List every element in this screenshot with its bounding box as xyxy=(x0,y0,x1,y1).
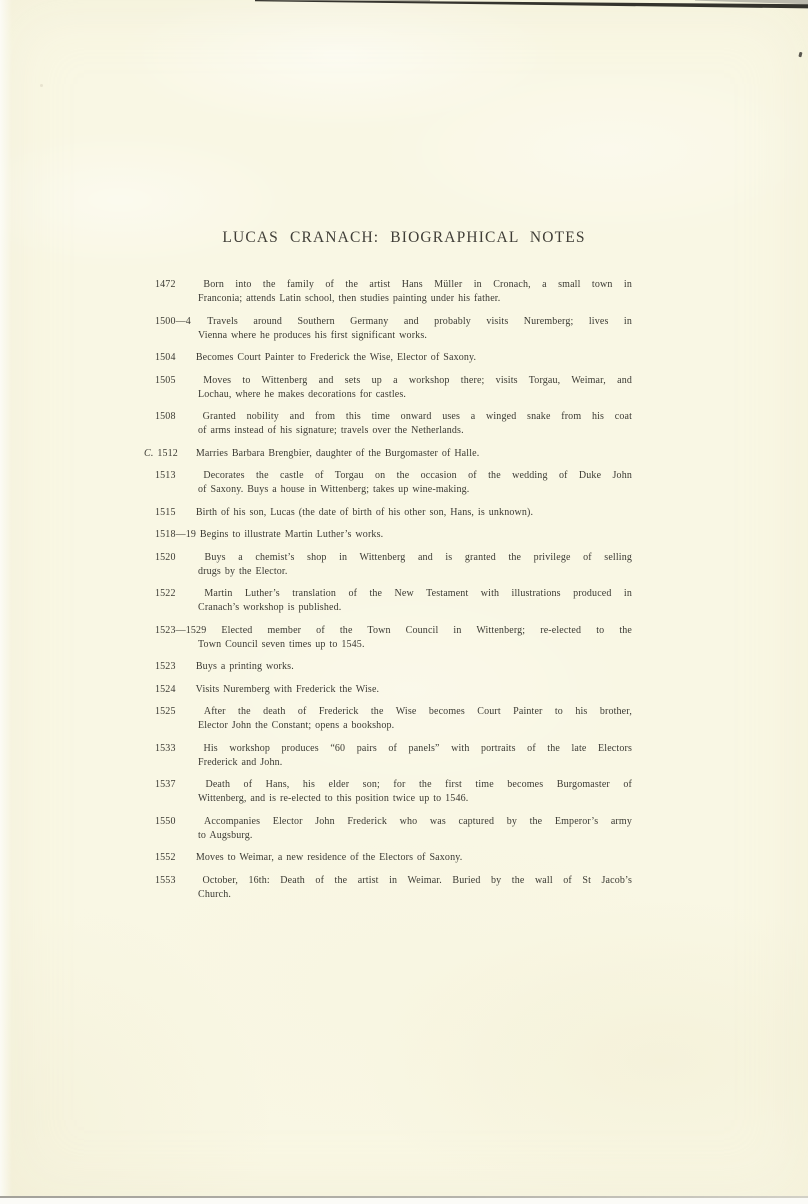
top-scan-edge xyxy=(0,0,808,12)
biography-entry: 1520 Buys a chemist’s shop in Wittenberg… xyxy=(155,551,632,579)
entry-line: Wittenberg, and is re-elected to this po… xyxy=(155,792,632,806)
entry-line: Lochau, where he makes decorations for c… xyxy=(155,388,632,402)
entry-year: 1537 xyxy=(155,778,192,792)
entry-year: 1550 xyxy=(155,815,192,829)
entries-list: 1472 Born into the family of the artist … xyxy=(155,278,632,910)
biography-entry: 1524 Visits Nuremberg with Frederick the… xyxy=(155,683,632,697)
entry-line: Frederick and John. xyxy=(155,756,632,770)
entry-line: 1513 Decorates the castle of Torgau on t… xyxy=(155,469,632,483)
entry-line: Town Council seven times up to 1545. xyxy=(155,638,632,652)
entry-year: 1522 xyxy=(155,587,192,601)
entry-line: Franconia; attends Latin school, then st… xyxy=(155,292,632,306)
biography-entry: 1533 His workshop produces “60 pairs of … xyxy=(155,742,632,770)
entry-line: 1524 Visits Nuremberg with Frederick the… xyxy=(155,683,632,697)
entry-year: 1504 xyxy=(155,351,192,365)
entry-line: 1522 Martin Luther’s translation of the … xyxy=(155,587,632,601)
entry-line: drugs by the Elector. xyxy=(155,565,632,579)
entry-year: 1500—4 xyxy=(155,315,192,329)
scanned-book-page: LUCAS CRANACH: BIOGRAPHICAL NOTES 1472 B… xyxy=(0,0,808,1204)
biography-entry: 1522 Martin Luther’s translation of the … xyxy=(155,587,632,615)
biography-entry: 1552 Moves to Weimar, a new residence of… xyxy=(155,851,632,865)
entry-year: 1513 xyxy=(155,469,192,483)
biography-entry: 1525 After the death of Frederick the Wi… xyxy=(155,705,632,733)
entry-line: 1472 Born into the family of the artist … xyxy=(155,278,632,292)
entry-line: Vienna where he produces his first signi… xyxy=(155,329,632,343)
biography-entry: 1513 Decorates the castle of Torgau on t… xyxy=(155,469,632,497)
biography-entry: 1472 Born into the family of the artist … xyxy=(155,278,632,306)
entry-line: 1500—4 Travels around Southern Germany a… xyxy=(155,315,632,329)
entry-line: 1518—19 Begins to illustrate Martin Luth… xyxy=(155,528,632,542)
biography-entry: 1508 Granted nobility and from this time… xyxy=(155,410,632,438)
entry-year: 1515 xyxy=(155,506,192,520)
entry-year: 1508 xyxy=(155,410,192,424)
entry-line: Cranach’s workshop is published. xyxy=(155,601,632,615)
entry-line: 1550 Accompanies Elector John Frederick … xyxy=(155,815,632,829)
biography-entry: 1500—4 Travels around Southern Germany a… xyxy=(155,315,632,343)
entry-line: 1552 Moves to Weimar, a new residence of… xyxy=(155,851,632,865)
page-title: LUCAS CRANACH: BIOGRAPHICAL NOTES xyxy=(0,228,808,248)
entry-line: 1504 Becomes Court Painter to Frederick … xyxy=(155,351,632,365)
biography-entry: 1537 Death of Hans, his elder son; for t… xyxy=(155,778,632,806)
left-scan-edge xyxy=(0,0,12,1204)
paper-speck xyxy=(798,52,802,57)
entry-line: 1525 After the death of Frederick the Wi… xyxy=(155,705,632,719)
entry-year: 1524 xyxy=(155,683,192,697)
entry-year: 1533 xyxy=(155,742,192,756)
biography-entry: 1523—1529 Elected member of the Town Cou… xyxy=(155,624,632,652)
entry-year: 1553 xyxy=(155,874,192,888)
entry-year: 1552 xyxy=(155,851,192,865)
entry-line: 1537 Death of Hans, his elder son; for t… xyxy=(155,778,632,792)
biography-entry: 1523 Buys a printing works. xyxy=(155,660,632,674)
entry-line: 1523—1529 Elected member of the Town Cou… xyxy=(155,624,632,638)
entry-year: 1523 xyxy=(155,660,192,674)
entry-year: 1505 xyxy=(155,374,192,388)
entry-line: 1523 Buys a printing works. xyxy=(155,660,632,674)
entry-line: Elector John the Constant; opens a books… xyxy=(155,719,632,733)
biography-entry: 1505 Moves to Wittenberg and sets up a w… xyxy=(155,374,632,402)
entry-year: 1472 xyxy=(155,278,192,292)
entry-line: C. 1512 Marries Barbara Brengbier, daugh… xyxy=(155,447,632,461)
entry-year: 1525 xyxy=(155,705,192,719)
entry-year: 1523—1529 xyxy=(155,624,206,638)
bottom-scan-edge xyxy=(0,1198,808,1204)
entry-line: 1520 Buys a chemist’s shop in Wittenberg… xyxy=(155,551,632,565)
entry-line: Church. xyxy=(155,888,632,902)
entry-line: 1505 Moves to Wittenberg and sets up a w… xyxy=(155,374,632,388)
entry-year: 1518—19 xyxy=(155,528,196,542)
entry-line: 1553 October, 16th: Death of the artist … xyxy=(155,874,632,888)
entry-line: 1515 Birth of his son, Lucas (the date o… xyxy=(155,506,632,520)
biography-entry: C. 1512 Marries Barbara Brengbier, daugh… xyxy=(155,447,632,461)
biography-entry: 1504 Becomes Court Painter to Frederick … xyxy=(155,351,632,365)
entry-line: of arms instead of his signature; travel… xyxy=(155,424,632,438)
entry-line: 1533 His workshop produces “60 pairs of … xyxy=(155,742,632,756)
paper-speck-faint xyxy=(40,84,43,87)
biography-entry: 1550 Accompanies Elector John Frederick … xyxy=(155,815,632,843)
entry-line: to Augsburg. xyxy=(155,829,632,843)
entry-year: C. 1512 xyxy=(144,447,192,461)
biography-entry: 1515 Birth of his son, Lucas (the date o… xyxy=(155,506,632,520)
entry-year: 1520 xyxy=(155,551,192,565)
biography-entry: 1518—19 Begins to illustrate Martin Luth… xyxy=(155,528,632,542)
biography-entry: 1553 October, 16th: Death of the artist … xyxy=(155,874,632,902)
entry-line: of Saxony. Buys a house in Wittenberg; t… xyxy=(155,483,632,497)
entry-line: 1508 Granted nobility and from this time… xyxy=(155,410,632,424)
